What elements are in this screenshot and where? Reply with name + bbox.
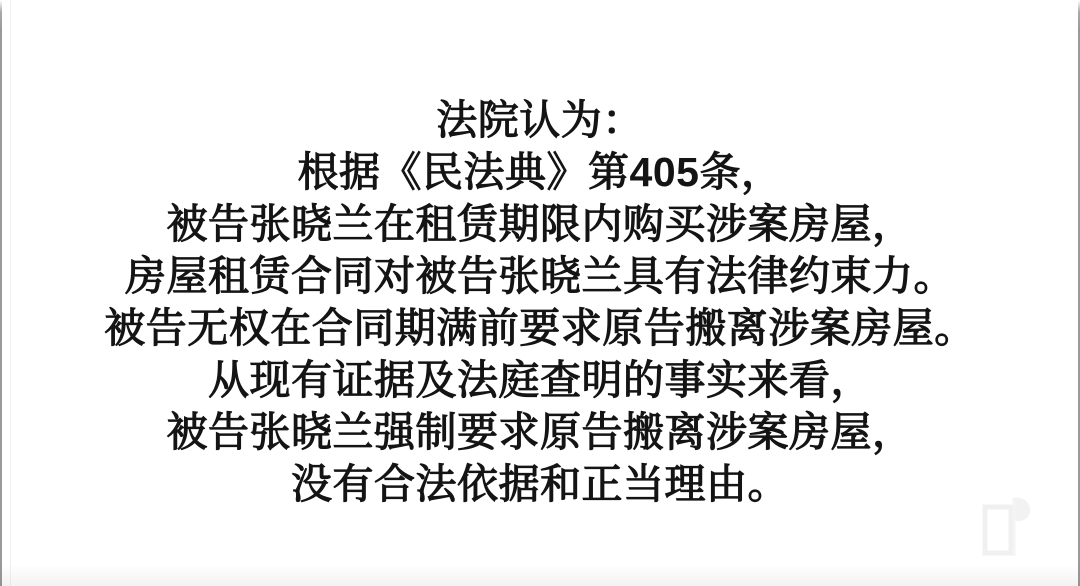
bottom-shade <box>0 564 1080 586</box>
video-frame: 法院认为： 根据《民法典》第405条， 被告张晓兰在租赁期限内购买涉案房屋， 房… <box>0 0 1080 586</box>
text-line: 房屋租赁合同对被告张晓兰具有法律约束力。 <box>0 250 1080 302</box>
text-line: 没有合法依据和正当理由。 <box>0 458 1080 510</box>
court-opinion-heading: 法院认为： <box>0 94 1080 146</box>
text-line: 从现有证据及法庭查明的事实来看， <box>0 354 1080 406</box>
text-line: 被告无权在合同期满前要求原告搬离涉案房屋。 <box>0 302 1080 354</box>
text-line: 被告张晓兰在租赁期限内购买涉案房屋， <box>0 198 1080 250</box>
text-line: 被告张晓兰强制要求原告搬离涉案房屋， <box>0 406 1080 458</box>
text-line: 根据《民法典》第405条， <box>0 146 1080 198</box>
court-opinion-text: 法院认为： 根据《民法典》第405条， 被告张晓兰在租赁期限内购买涉案房屋， 房… <box>0 94 1080 510</box>
